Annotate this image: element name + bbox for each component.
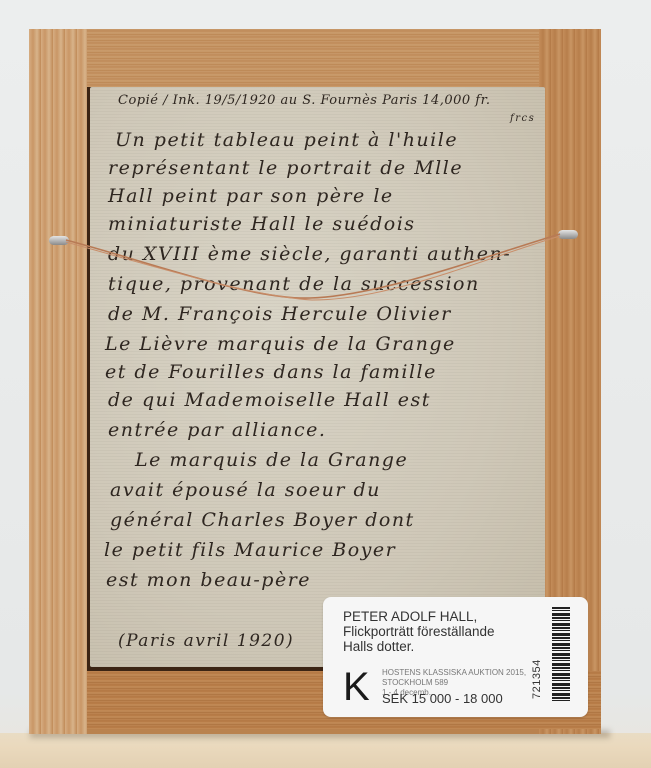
label-artist: PETER ADOLF HALL, bbox=[343, 609, 495, 624]
note-line: général Charles Boyer dont bbox=[110, 509, 415, 531]
handwritten-note-paper: Copié / Ink. 19/5/1920 au S. Fournès Par… bbox=[90, 87, 545, 667]
note-line: est mon beau-père bbox=[106, 569, 311, 591]
handwritten-note: Copié / Ink. 19/5/1920 au S. Fournès Par… bbox=[90, 87, 545, 667]
frame-rail-left bbox=[29, 29, 87, 734]
label-work-title-cont: Halls dotter. bbox=[343, 639, 495, 654]
note-line: du XVIII ème siècle, garanti authen- bbox=[108, 243, 511, 265]
note-line: entrée par alliance. bbox=[108, 419, 326, 441]
auction-house-logo: K bbox=[343, 667, 370, 707]
auction-name: HOSTENS KLASSISKA AUKTION 2015, bbox=[382, 668, 526, 678]
note-line: Hall peint par son père le bbox=[108, 185, 394, 207]
label-estimate: SEK 15 000 - 18 000 bbox=[382, 691, 503, 706]
barcode-icon bbox=[552, 607, 570, 703]
hanging-hook-right bbox=[558, 230, 578, 239]
label-title: PETER ADOLF HALL, Flickporträtt förestäl… bbox=[343, 609, 495, 654]
hanging-hook-left bbox=[49, 236, 69, 245]
auction-location: STOCKHOLM 589 bbox=[382, 678, 526, 688]
label-work-title: Flickporträtt föreställande bbox=[343, 624, 495, 639]
note-line: miniaturiste Hall le suédois bbox=[108, 213, 416, 235]
note-header: Copié / Ink. 19/5/1920 au S. Fournès Par… bbox=[118, 93, 491, 108]
note-line: Le marquis de la Grange bbox=[135, 449, 408, 471]
note-line: Un petit tableau peint à l'huile bbox=[115, 129, 458, 151]
label-lot-number: 721354 bbox=[531, 659, 543, 699]
auction-label: PETER ADOLF HALL, Flickporträtt förestäl… bbox=[323, 597, 588, 717]
note-line: le petit fils Maurice Boyer bbox=[104, 539, 396, 561]
note-line: de qui Mademoiselle Hall est bbox=[108, 389, 431, 411]
note-line: représentant le portrait de Mlle bbox=[108, 157, 463, 179]
note-line: de M. François Hercule Olivier bbox=[108, 303, 452, 325]
note-header-annotation: frcs bbox=[510, 113, 535, 124]
note-line: et de Fourilles dans la famille bbox=[105, 361, 437, 383]
note-line: Le Lièvre marquis de la Grange bbox=[105, 333, 456, 355]
note-line: tique, provenant de la succession bbox=[108, 273, 480, 295]
frame-rail-top bbox=[87, 29, 567, 87]
note-signature: (Paris avril 1920) bbox=[118, 631, 294, 651]
shelf bbox=[0, 733, 651, 768]
note-line: avait épousé la soeur du bbox=[110, 479, 381, 501]
